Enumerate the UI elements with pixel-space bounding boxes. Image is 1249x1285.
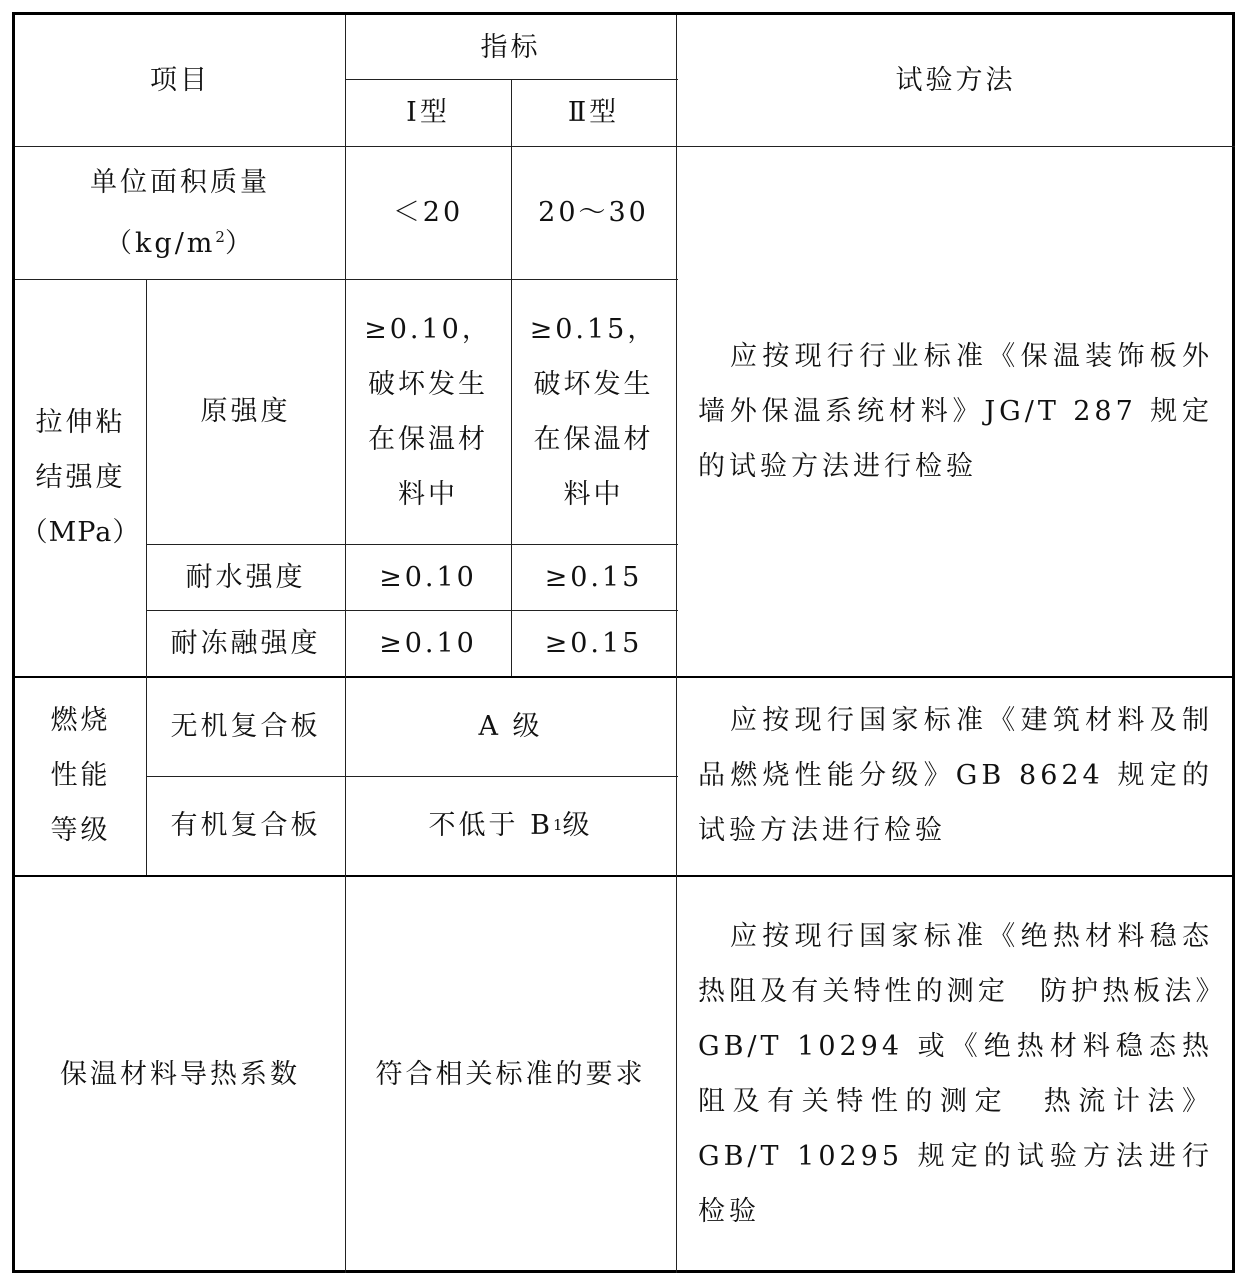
fire-inorganic-value: A 级: [345, 676, 676, 776]
mass-type2: 20～30: [511, 146, 676, 279]
conductivity-value: 符合相关标准的要求: [345, 875, 676, 1273]
fire-method: 应按现行国家标准《建筑材料及制品燃烧性能分级》GB 8624 规定的试验方法进行…: [676, 676, 1235, 875]
unit-sup: 2: [215, 228, 225, 246]
mass-label-line1: 单位面积质量: [90, 155, 270, 210]
tensile-water-type1: ≥0.10: [345, 544, 511, 610]
tensile-method-text: 应按现行行业标准《保温装饰板外墙外保温系统材料》JG/T 287 规定的试验方法…: [698, 329, 1213, 494]
spec-table: 项目 指标 Ⅰ型 Ⅱ型 试验方法 单位面积质量 （kg/m2） ＜20 20～3…: [12, 12, 1235, 1273]
tensile-freeze-type1: ≥0.10: [345, 610, 511, 676]
tensile-label-3: （MPa）: [21, 505, 141, 560]
fire-method-text: 应按现行国家标准《建筑材料及制品燃烧性能分级》GB 8624 规定的试验方法进行…: [698, 693, 1213, 858]
fire-label-2: 性能: [51, 748, 111, 803]
tensile-original-label: 原强度: [146, 279, 345, 544]
line: 料中: [398, 467, 458, 522]
header-item: 项目: [15, 15, 345, 146]
fire-label-3: 等级: [51, 803, 111, 858]
line: 破坏发生: [368, 357, 488, 412]
tensile-water-type2: ≥0.15: [511, 544, 676, 610]
tensile-water-label: 耐水强度: [146, 544, 345, 610]
mass-label: 单位面积质量 （kg/m2）: [15, 146, 345, 279]
mass-type1: ＜20: [345, 146, 511, 279]
tensile-label-1: 拉伸粘: [36, 395, 126, 450]
line: 在保温材: [368, 412, 488, 467]
value-post: 级: [562, 798, 592, 853]
tensile-method: 应按现行行业标准《保温装饰板外墙外保温系统材料》JG/T 287 规定的试验方法…: [676, 146, 1235, 676]
tensile-original-type1: ≥0.10， 破坏发生 在保温材 料中: [345, 279, 511, 544]
line: ≥0.15，: [530, 302, 658, 357]
mass-label-unit: （kg/m2）: [105, 210, 255, 271]
tensile-freeze-label: 耐冻融强度: [146, 610, 345, 676]
header-indicator: 指标: [345, 15, 676, 79]
tensile-label-2: 结强度: [36, 450, 126, 505]
fire-label-1: 燃烧: [51, 693, 111, 748]
header-type1: Ⅰ型: [345, 79, 511, 146]
header-method: 试验方法: [676, 15, 1235, 146]
line: 料中: [564, 467, 624, 522]
line: 破坏发生: [534, 357, 654, 412]
fire-organic-value: 不低于 B1级: [345, 776, 676, 875]
fire-inorganic-label: 无机复合板: [146, 676, 345, 776]
conductivity-method: 应按现行国家标准《绝热材料稳态热阻及有关特性的测定 防护热板法》GB/T 102…: [676, 875, 1235, 1273]
unit-post: ）: [225, 228, 255, 259]
header-type2: Ⅱ型: [511, 79, 676, 146]
tensile-original-type2: ≥0.15， 破坏发生 在保温材 料中: [511, 279, 676, 544]
line: 在保温材: [534, 412, 654, 467]
line: ≥0.10，: [364, 302, 492, 357]
conductivity-method-text: 应按现行国家标准《绝热材料稳态热阻及有关特性的测定 防护热板法》GB/T 102…: [698, 909, 1213, 1239]
value-pre: 不低于 B: [429, 798, 553, 853]
tensile-group-label: 拉伸粘 结强度 （MPa）: [15, 279, 146, 676]
value-sub: 1: [553, 798, 563, 853]
unit-pre: （kg/m: [105, 228, 215, 259]
fire-group-label: 燃烧 性能 等级: [15, 676, 146, 875]
conductivity-label: 保温材料导热系数: [15, 875, 345, 1273]
fire-organic-label: 有机复合板: [146, 776, 345, 875]
tensile-freeze-type2: ≥0.15: [511, 610, 676, 676]
